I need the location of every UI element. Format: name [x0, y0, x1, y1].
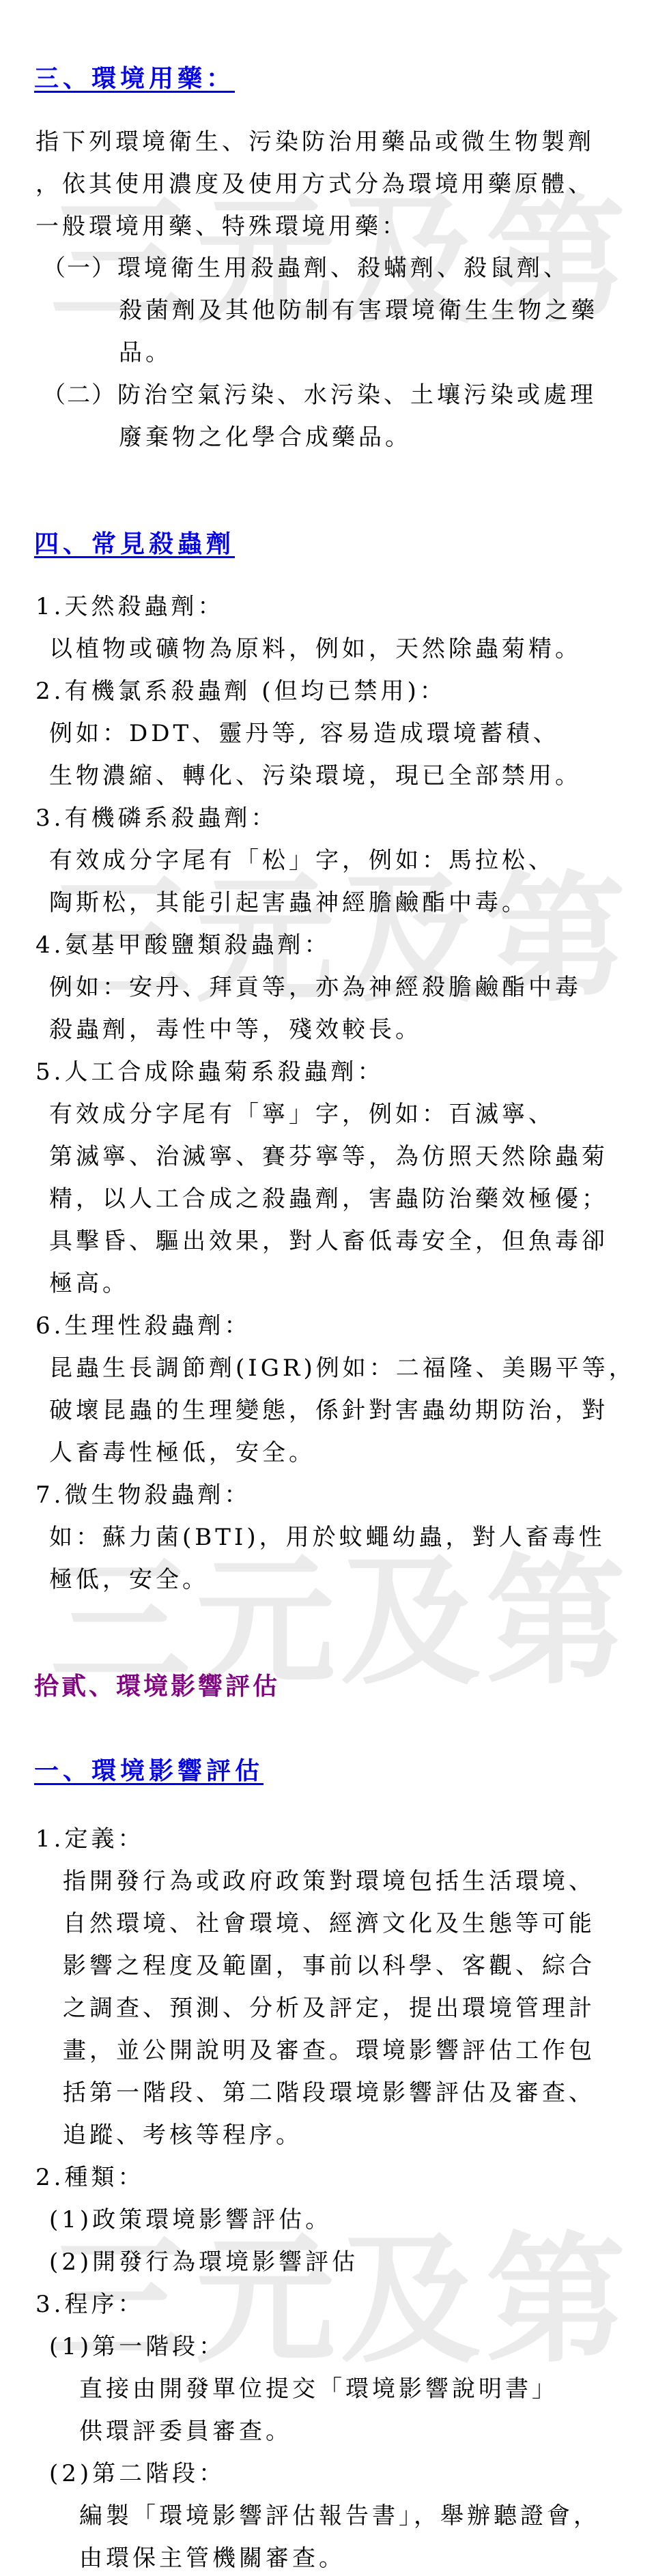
item-text: 第滅寧、治滅寧、賽芬寧等，為仿照天然除蟲菊 [0, 1135, 669, 1178]
list-marker: （一） [42, 247, 117, 289]
section-heading-common-insecticides: 四、常見殺蟲劑 [34, 530, 235, 560]
definition-text: 括第一階段、第二階段環境影響評估及審查、 [0, 2072, 669, 2114]
stage-text: 編製「環境影響評估報告書」，舉辦聽證會， [0, 2495, 669, 2537]
section-3-intro: 指下列環境衛生、污染防治用藥品或微生物製劑 ，依其使用濃度及使用方式分為環境用藥… [0, 121, 669, 248]
item-text: 精，以人工合成之殺蟲劑，害蟲防治藥效極優； [0, 1178, 669, 1220]
item-text: 有效成分字尾有「寧」字，例如：百滅寧、 [0, 1093, 669, 1135]
stage-text: 直接由開發單位提交「環境影響說明書」 [0, 2368, 669, 2410]
list-item-continuation: 品。 [0, 332, 669, 374]
list-item-text: 環境衛生用殺蟲劑、殺蟎劑、殺鼠劑、 [117, 255, 570, 282]
item-title: 2.種類： [0, 2156, 669, 2199]
section-4-list: 1.天然殺蟲劑： 以植物或礦物為原料，例如，天然除蟲菊精。 2.有機氯系殺蟲劑 … [0, 585, 669, 1601]
stage-text: 由環保主管機關審查。 [0, 2537, 669, 2576]
item-title: 2.有機氯系殺蟲劑 (但均已禁用)： [0, 670, 669, 712]
item-title: 3.有機磷系殺蟲劑： [0, 797, 669, 839]
type-item: (1)政策環境影響評估。 [0, 2199, 669, 2241]
intro-line: 一般環境用藥、特殊環境用藥： [0, 205, 669, 248]
definition-text: 之調查、預測、分析及評定，提出環境管理計 [0, 1987, 669, 2029]
section-eia-body: 1.定義： 指開發行為或政府政策對環境包括生活環境、 自然環境、社會環境、經濟文… [0, 1818, 669, 2576]
item-text: 以植物或礦物為原料，例如，天然除蟲菊精。 [0, 628, 669, 670]
list-item: （一）環境衛生用殺蟲劑、殺蟎劑、殺鼠劑、 [0, 247, 669, 289]
section-3-items: （一）環境衛生用殺蟲劑、殺蟎劑、殺鼠劑、 殺菌劑及其他防制有害環境衛生生物之藥 … [0, 247, 669, 459]
type-item: (2)開發行為環境影響評估 [0, 2241, 669, 2283]
item-title: 1.天然殺蟲劑： [0, 585, 669, 628]
chapter-heading: 拾貳、環境影響評估 [34, 1670, 280, 1704]
section-heading-environmental-agents: 三、環境用藥： [34, 64, 235, 94]
definition-text: 影響之程度及範圍，事前以科學、客觀、綜合 [0, 1945, 669, 1987]
item-text: 昆蟲生長調節劑(IGR)例如：二福隆、美賜平等， [0, 1347, 669, 1389]
item-text: 具擊昏、驅出效果，對人畜低毒安全，但魚毒卻 [0, 1220, 669, 1262]
item-text: 陶斯松，其能引起害蟲神經膽鹼酯中毒。 [0, 882, 669, 924]
stage-title: (2)第二階段： [0, 2452, 669, 2495]
definition-text: 自然環境、社會環境、經濟文化及生態等可能 [0, 1902, 669, 1945]
intro-line: 指下列環境衛生、污染防治用藥品或微生物製劑 [0, 121, 669, 163]
item-text: 人畜毒性極低，安全。 [0, 1432, 669, 1474]
item-text: 殺蟲劑，毒性中等，殘效較長。 [0, 1009, 669, 1051]
list-marker: （二） [42, 374, 117, 416]
item-text: 如：蘇力菌(BTI)，用於蚊蠅幼蟲，對人畜毒性 [0, 1516, 669, 1559]
item-title: 7.微生物殺蟲劑： [0, 1474, 669, 1516]
definition-text: 指開發行為或政府政策對環境包括生活環境、 [0, 1860, 669, 1902]
list-item-continuation: 殺菌劑及其他防制有害環境衛生生物之藥 [0, 289, 669, 332]
list-item-text: 防治空氣污染、水污染、土壤污染或處理 [117, 381, 597, 409]
item-text: 例如：DDT、靈丹等, 容易造成環境蓄積、 [0, 712, 669, 755]
list-item: （二）防治空氣污染、水污染、土壤污染或處理 [0, 374, 669, 416]
item-title: 6.生理性殺蟲劑： [0, 1305, 669, 1347]
stage-title: (1)第一階段： [0, 2326, 669, 2368]
item-text: 生物濃縮、轉化、污染環境，現已全部禁用。 [0, 755, 669, 797]
item-title: 5.人工合成除蟲菊系殺蟲劑： [0, 1051, 669, 1093]
intro-line: ，依其使用濃度及使用方式分為環境用藥原體、 [0, 163, 669, 205]
item-text: 極低，安全。 [0, 1559, 669, 1601]
item-title: 1.定義： [0, 1818, 669, 1860]
list-item-continuation: 廢棄物之化學合成藥品。 [0, 416, 669, 459]
item-text: 有效成分字尾有「松」字，例如：馬拉松、 [0, 839, 669, 882]
item-title: 4.氨基甲酸鹽類殺蟲劑： [0, 924, 669, 966]
item-text: 極高。 [0, 1262, 669, 1305]
item-text: 例如：安丹、拜貢等，亦為神經殺膽鹼酯中毒 [0, 966, 669, 1009]
definition-text: 畫，並公開說明及審查。環境影響評估工作包 [0, 2029, 669, 2072]
definition-text: 追蹤、考核等程序。 [0, 2114, 669, 2156]
item-title: 3.程序： [0, 2283, 669, 2326]
stage-text: 供環評委員審查。 [0, 2410, 669, 2452]
item-text: 破壞昆蟲的生理變態，係針對害蟲幼期防治，對 [0, 1389, 669, 1432]
section-heading-eia: 一、環境影響評估 [34, 1756, 264, 1786]
